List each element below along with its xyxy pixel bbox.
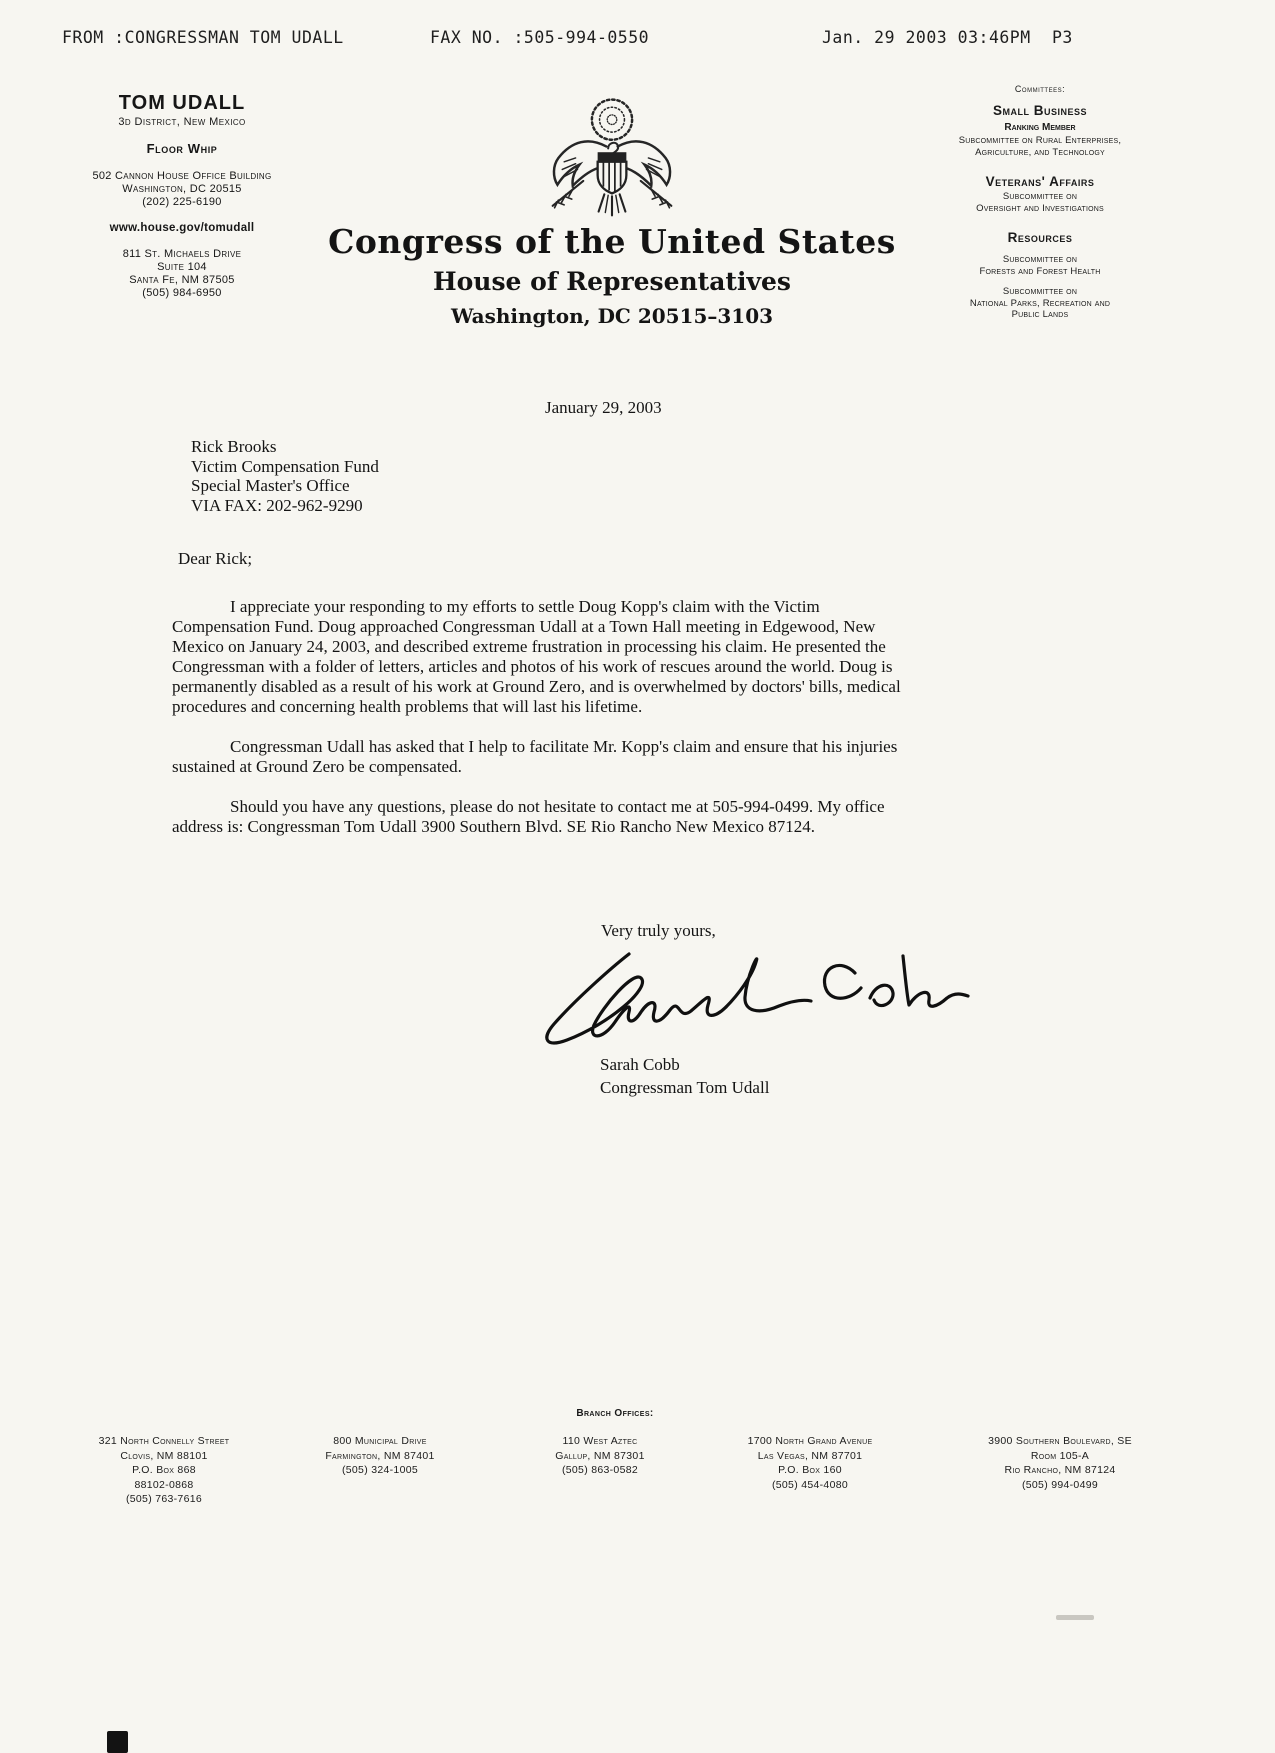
masthead: Congress of the United States House of R… — [312, 222, 912, 328]
branch-office-clovis: 321 North Connelly Street Clovis, NM 881… — [58, 1434, 270, 1507]
branch-office-farmington: 800 Municipal Drive Farmington, NM 87401… — [280, 1434, 480, 1478]
member-district: 3d District, New Mexico — [58, 116, 306, 128]
recipient-address: Rick Brooks Victim Compensation Fund Spe… — [191, 437, 379, 515]
fax-transmission-header: FROM :CONGRESSMAN TOM UDALL FAX NO. :505… — [0, 28, 1275, 52]
committee-small-business: Small Business — [918, 103, 1162, 118]
masthead-line-washington: Washington, DC 20515–3103 — [312, 304, 912, 328]
committee-resources-subcommittee-1: Subcommittee on Forests and Forest Healt… — [918, 254, 1162, 277]
closing-phrase: Very truly yours, — [601, 921, 716, 941]
great-seal-eagle-icon — [545, 92, 679, 222]
letter-body: Dear Rick; I appreciate your responding … — [172, 549, 1082, 857]
body-paragraph-3: Should you have any questions, please do… — [172, 797, 1082, 837]
branch-office-las-vegas: 1700 North Grand Avenue Las Vegas, NM 87… — [704, 1434, 916, 1492]
branch-offices-heading: Branch Offices: — [500, 1408, 730, 1419]
member-name: TOM UDALL — [58, 92, 306, 115]
committees-block: Committees: Small Business Ranking Membe… — [918, 84, 1162, 321]
masthead-line-congress: Congress of the United States — [312, 222, 912, 261]
body-paragraph-1: I appreciate your responding to my effor… — [172, 597, 1082, 717]
santa-fe-office-address: 811 St. Michaels Drive Suite 104 Santa F… — [58, 248, 306, 300]
committees-heading: Committees: — [918, 84, 1162, 94]
salutation: Dear Rick; — [178, 549, 1082, 569]
scan-smudge-mark — [1056, 1615, 1094, 1620]
committee-small-business-subcommittees: Subcommittee on Rural Enterprises, Agric… — [918, 135, 1162, 158]
handwritten-signature — [533, 948, 971, 1048]
committee-veterans-affairs: Veterans' Affairs — [918, 174, 1162, 189]
fax-number: FAX NO. :505-994-0550 — [430, 28, 649, 47]
fax-from: FROM :CONGRESSMAN TOM UDALL — [62, 28, 344, 47]
committee-resources-subcommittee-2: Subcommittee on National Parks, Recreati… — [918, 286, 1162, 321]
letterhead-left-block: TOM UDALL 3d District, New Mexico Floor … — [58, 92, 306, 300]
fax-page-number: P3 — [1052, 28, 1073, 47]
branch-office-gallup: 110 West Aztec Gallup, NM 87301 (505) 86… — [500, 1434, 700, 1478]
website-url: www.house.gov/tomudall — [58, 222, 306, 234]
body-paragraph-2: Congressman Udall has asked that I help … — [172, 737, 1082, 777]
signature-name-title: Sarah Cobb Congressman Tom Udall — [600, 1053, 769, 1099]
dc-office-address: 502 Cannon House Office Building Washing… — [58, 170, 306, 209]
committee-resources: Resources — [918, 230, 1162, 245]
masthead-line-house: House of Representatives — [312, 267, 912, 296]
committee-veterans-subcommittees: Subcommittee on Oversight and Investigat… — [918, 191, 1162, 214]
letter-date: January 29, 2003 — [545, 398, 662, 418]
scan-corner-mark — [107, 1731, 128, 1753]
fax-datetime: Jan. 29 2003 03:46PM — [822, 28, 1031, 47]
member-title: Floor Whip — [58, 141, 306, 156]
committee-small-business-rank: Ranking Member — [918, 122, 1162, 133]
branch-office-rio-rancho: 3900 Southern Boulevard, SE Room 105-A R… — [948, 1434, 1172, 1492]
fax-document-page: FROM :CONGRESSMAN TOM UDALL FAX NO. :505… — [0, 0, 1275, 1753]
